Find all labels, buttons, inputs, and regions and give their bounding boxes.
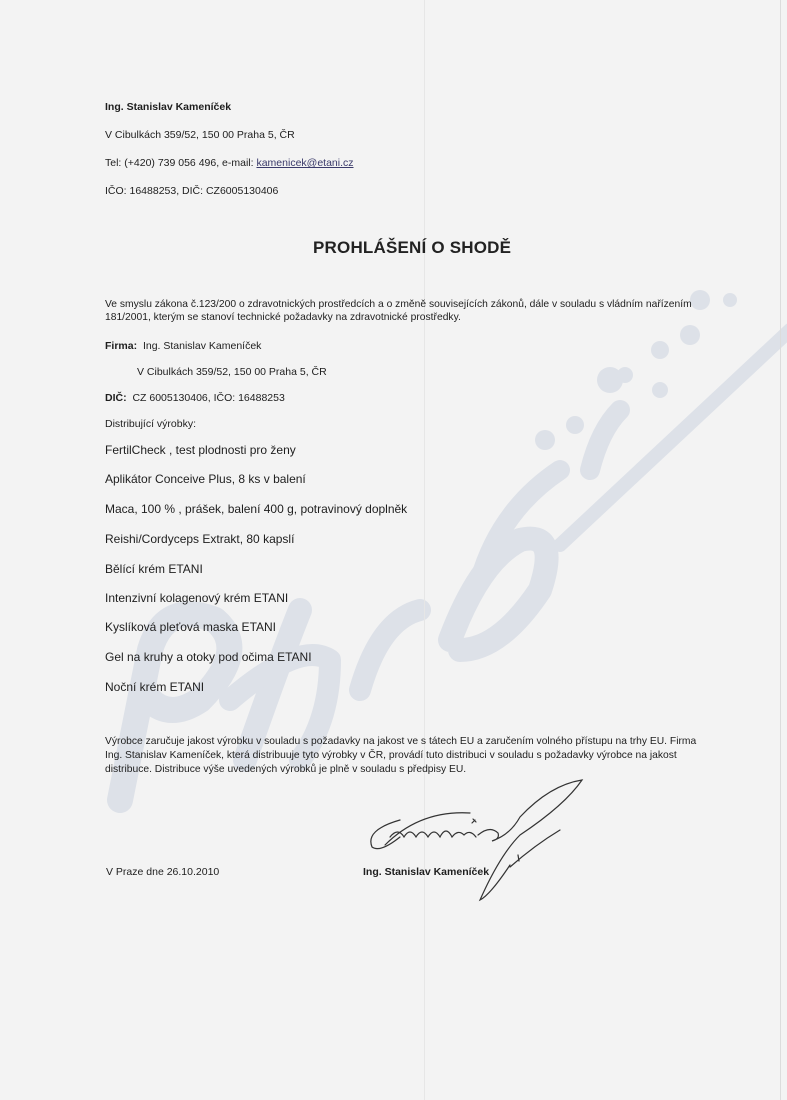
place-date: V Praze dne 26.10.2010 — [106, 866, 219, 879]
product-item: Gel na kruhy a otoky pod očima ETANI — [105, 650, 312, 664]
sender-name: Ing. Stanislav Kameníček — [105, 101, 231, 114]
sender-phone: Tel: (+420) 739 056 496, e-mail: — [105, 157, 256, 169]
product-item: Intenzivní kolagenový krém ETANI — [105, 591, 288, 605]
dic-label: DIČ: — [105, 392, 127, 404]
email-link[interactable]: kamenicek@etani.cz — [256, 157, 353, 169]
sender-contact: Tel: (+420) 739 056 496, e-mail: kamenic… — [105, 157, 354, 170]
product-item: Kyslíková pleťová maska ETANI — [105, 620, 276, 634]
product-item: Noční krém ETANI — [105, 680, 204, 694]
closing-line-2: Ing. Stanislav Kameníček, která distribu… — [105, 749, 677, 763]
dic-value: CZ 6005130406, IČO: 16488253 — [132, 392, 284, 404]
sender-ids: IČO: 16488253, DIČ: CZ6005130406 — [105, 185, 278, 198]
product-item: Bělící krém ETANI — [105, 562, 203, 576]
firm-name: Ing. Stanislav Kameníček — [143, 340, 261, 352]
signature — [360, 775, 590, 915]
closing-line-1: Výrobce zaručuje jakost výrobku v soulad… — [105, 735, 696, 749]
sender-address: V Cibulkách 359/52, 150 00 Praha 5, ČR — [105, 129, 295, 142]
product-item: Maca, 100 % , prášek, balení 400 g, potr… — [105, 502, 407, 516]
document-page: Ing. Stanislav Kameníček V Cibulkách 359… — [0, 0, 787, 1100]
firm-label: Firma: — [105, 340, 137, 352]
paper-fold-line — [424, 0, 425, 1100]
distributed-label: Distribující výrobky: — [105, 418, 196, 431]
product-item: Aplikátor Conceive Plus, 8 ks v balení — [105, 472, 306, 486]
page-title: PROHLÁŠENÍ O SHODĚ — [313, 238, 511, 258]
paper-edge — [780, 0, 781, 1100]
intro-line-2: 181/2001, kterým se stanoví technické po… — [105, 311, 461, 325]
firm-row: Firma: Ing. Stanislav Kameníček — [105, 340, 261, 353]
intro-line-1: Ve smyslu zákona č.123/200 o zdravotnick… — [105, 298, 692, 312]
firm-address: V Cibulkách 359/52, 150 00 Praha 5, ČR — [137, 366, 327, 379]
product-item: FertilCheck , test plodnosti pro ženy — [105, 443, 296, 457]
firm-dic-row: DIČ: CZ 6005130406, IČO: 16488253 — [105, 392, 285, 405]
product-item: Reishi/Cordyceps Extrakt, 80 kapslí — [105, 532, 294, 546]
